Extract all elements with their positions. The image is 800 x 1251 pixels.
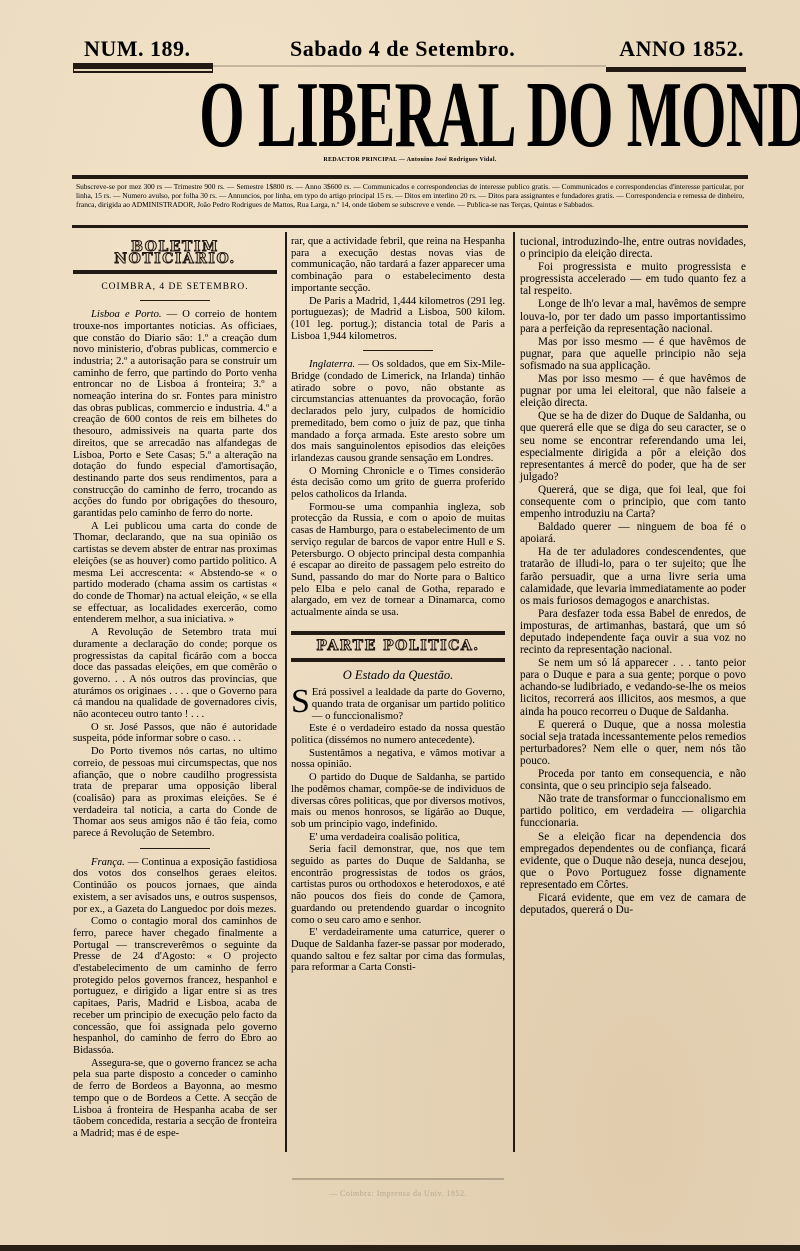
subscription-rule-top <box>72 175 748 179</box>
news-text: — Os soldados, que em Six-Mile-Bridge (c… <box>291 359 505 464</box>
news-lead: Lisboa e Porto. <box>91 309 162 320</box>
article-paragraph: Quererá, que se diga, que foi leal, que … <box>520 484 746 520</box>
dateline: COIMBRA, 4 DE SETEMBRO. <box>73 282 277 294</box>
news-paragraph: A Revolução de Setembro trata mui durame… <box>73 627 277 721</box>
article-paragraph: Baldado querer — ninguem de boa fé o apo… <box>520 521 746 545</box>
section-heading-politica: PARTE POLITICA. <box>291 637 505 656</box>
editor-line: REDACTOR PRINCIPAL — Antonino José Rodri… <box>70 157 750 163</box>
news-paragraph: De Paris a Madrid, 1,444 kilometros (291… <box>291 296 505 343</box>
drop-cap: S <box>291 689 310 715</box>
news-paragraph: Lisboa e Porto. — O correio de hontem tr… <box>73 309 277 520</box>
news-paragraph: França. — Continua a exposição fastidios… <box>73 857 277 916</box>
article-paragraph: Que se ha de dizer do Duque de Saldanha,… <box>520 410 746 483</box>
article-paragraph: Não trate de transformar o funccionalism… <box>520 793 746 829</box>
article-title: O Estado da Questão. <box>291 670 505 682</box>
page-bottom-edge <box>0 1245 800 1251</box>
article-paragraph: Foi progressista e muito progressista e … <box>520 261 746 297</box>
article-text: Erá possivel a lealdade da parte do Gove… <box>312 687 505 721</box>
issue-year: ANNO 1852. <box>619 36 744 62</box>
issue-date: Sabado 4 de Setembro. <box>290 36 515 62</box>
imprint-line: — Coimbra: Imprensa da Univ. 1852. <box>292 1189 504 1198</box>
section-heading-boletim: BOLETIM NOTICIARIO. <box>73 238 277 268</box>
section-rule <box>73 270 277 274</box>
section-rule <box>291 631 505 635</box>
masthead-top: NUM. 189. Sabado 4 de Setembro. ANNO 185… <box>72 36 744 66</box>
news-paragraph: O sr. José Passos, que não é autoridade … <box>73 722 277 745</box>
article-paragraph: O partido do Duque de Saldanha, se parti… <box>291 772 505 831</box>
column-divider-1 <box>285 232 287 1152</box>
article-paragraph: Se nem um só lá apparecer . . . tanto pe… <box>520 657 746 717</box>
news-paragraph: Como o contagio moral dos caminhos de fe… <box>73 916 277 1056</box>
column-divider-2 <box>513 232 515 1152</box>
news-paragraph: O Morning Chronicle e o Times considerão… <box>291 466 505 501</box>
article-paragraph: E quererá o Duque, que a nossa molestia … <box>520 719 746 767</box>
news-paragraph: Formou-se uma companhia ingleza, sob pro… <box>291 502 505 619</box>
short-rule <box>363 350 433 351</box>
article-paragraph: Longe de lh'o levar a mal, havêmos de se… <box>520 298 746 334</box>
article-paragraph: E' uma verdadeira coalisão politica, <box>291 832 505 844</box>
article-paragraph: Se a eleição ficar na dependencia dos em… <box>520 831 746 891</box>
section-rule <box>291 658 505 662</box>
column-1: BOLETIM NOTICIARIO. COIMBRA, 4 DE SETEMB… <box>73 236 277 1141</box>
article-paragraph: Ficará evidente, que em vez de camara de… <box>520 892 746 916</box>
article-paragraph: Sustentâmos a negativa, e vâmos motivar … <box>291 748 505 771</box>
issue-number: NUM. 189. <box>84 36 191 62</box>
news-paragraph: A Lei publicou uma carta do conde de Tho… <box>73 521 277 626</box>
news-lead: Inglaterra. <box>309 359 355 370</box>
article-paragraph: tucional, introduzindo-lhe, entre outras… <box>520 236 746 260</box>
news-paragraph: Assegura-se, que o governo francez se ac… <box>73 1058 277 1140</box>
short-rule <box>140 848 210 849</box>
news-text: — O correio de hontem trouxe-nos importa… <box>73 309 277 519</box>
short-rule <box>140 300 210 301</box>
subscription-info: Subscreve-se por mez 300 rs — Trimestre … <box>76 182 744 209</box>
news-paragraph: rar, que a actividade febril, que reina … <box>291 236 505 295</box>
article-paragraph: Mas por isso mesmo — é que havêmos de pu… <box>520 373 746 409</box>
news-paragraph: Do Porto tivemos nós cartas, no ultimo c… <box>73 746 277 840</box>
article-paragraph: Ha de ter aduladores condescendentes, qu… <box>520 546 746 606</box>
article-paragraph: Seria facil demonstrar, que, nos que tem… <box>291 844 505 926</box>
news-paragraph: Inglaterra. — Os soldados, que em Six-Mi… <box>291 359 505 464</box>
article-paragraph: Mas por isso mesmo — é que havêmos de pu… <box>520 336 746 372</box>
article-paragraph: Proceda por tanto em consequencia, e não… <box>520 768 746 792</box>
newspaper-title-text: O LIBERAL DO MONDEGO. <box>199 72 800 158</box>
news-lead: França. <box>91 857 125 868</box>
column-2: rar, que a actividade febril, que reina … <box>291 236 505 975</box>
article-paragraph: Este é o verdadeiro estado da nossa ques… <box>291 723 505 746</box>
article-paragraph: SErá possivel a lealdade da parte do Gov… <box>291 687 505 722</box>
column-3: tucional, introduzindo-lhe, entre outras… <box>520 236 746 917</box>
article-paragraph: E' verdadeiramente uma caturrice, querer… <box>291 927 505 974</box>
masthead-rule-left <box>73 63 213 69</box>
subscription-rule-bottom <box>72 225 748 228</box>
article-paragraph: Para desfazer toda essa Babel de enredos… <box>520 608 746 656</box>
newspaper-title: O LIBERAL DO MONDEGO. <box>199 72 621 158</box>
footer-rule <box>292 1178 504 1180</box>
